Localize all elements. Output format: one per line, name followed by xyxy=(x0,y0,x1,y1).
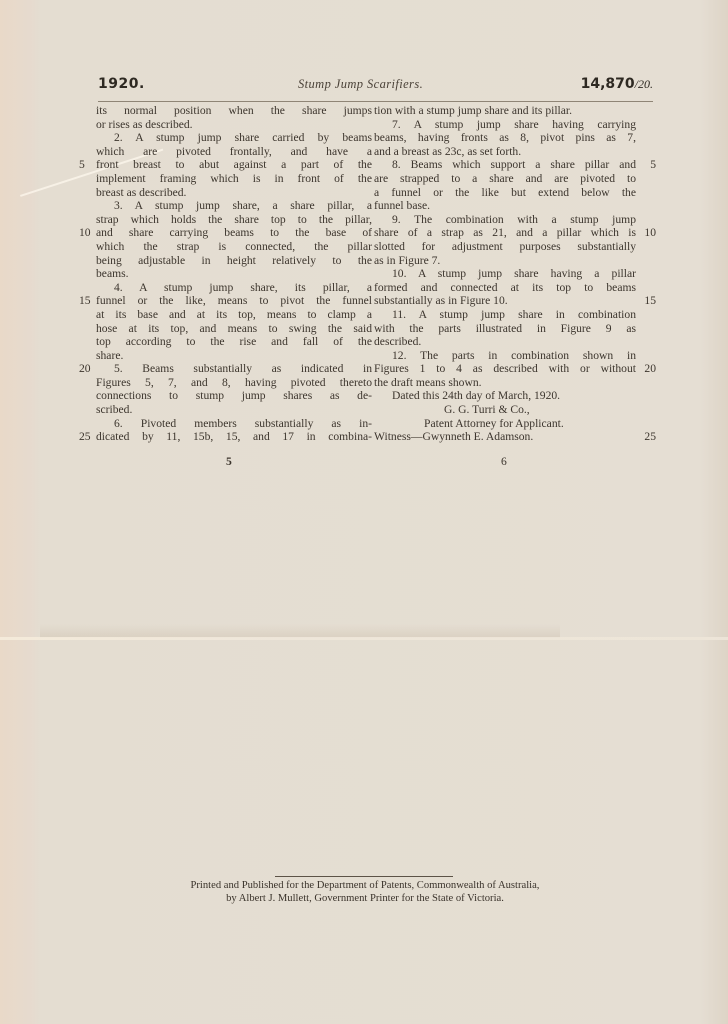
text-line: breast as described. xyxy=(96,186,372,200)
text-line: Dated this 24th day of March, 1920. xyxy=(374,389,636,403)
text-line: top according to the rise and fall of th… xyxy=(96,335,372,349)
text-line: which are pivoted frontally, and have a xyxy=(96,145,372,159)
text-line: formed and connected at its top to beams xyxy=(374,281,636,295)
text-line: 6. Pivoted members substantially as in- xyxy=(96,417,372,431)
line-text: 3. A stump jump share, a share pillar, a xyxy=(114,199,372,212)
line-text: 2. A stump jump share carried by beams xyxy=(114,131,372,144)
text-line: are strapped to a share and are pivoted … xyxy=(374,172,636,186)
line-text: being adjustable in height relatively to… xyxy=(96,254,372,267)
text-line: strap which holds the share top to the p… xyxy=(96,213,372,227)
text-line: Figures 5, 7, and 8, having pivoted ther… xyxy=(96,376,372,390)
line-text: 9. The combination with a stump jump xyxy=(392,213,636,226)
imprint-line-1: Printed and Published for the Department… xyxy=(120,880,610,893)
line-text: dicated by 11, 15b, 15, and 17 in combin… xyxy=(96,430,372,443)
page-number-right: 6 xyxy=(501,455,507,468)
text-line: described. xyxy=(374,335,636,349)
line-text: Figures 1 to 4 as described with or with… xyxy=(374,362,636,375)
line-text: connections to stump jump shares as de- xyxy=(96,389,372,402)
line-text: with the parts illustrated in Figure 9 a… xyxy=(374,322,636,335)
patent-number-main: 14,870 xyxy=(581,76,635,92)
line-text: hose at its top, and means to swing the … xyxy=(96,322,372,335)
text-line: 4. A stump jump share, its pillar, a xyxy=(96,281,372,295)
line-text: share of a strap as 21, and a pillar whi… xyxy=(374,226,636,239)
text-line: funnel or the like, means to pivot the f… xyxy=(96,294,372,308)
text-line: and share carrying beams to the base of1… xyxy=(96,226,372,240)
header-year: 1920. xyxy=(98,76,145,92)
text-line: Patent Attorney for Applicant. xyxy=(374,417,636,431)
text-line: slotted for adjustment purposes substant… xyxy=(374,240,636,254)
right-column: tion with a stump jump share and its pil… xyxy=(374,104,636,444)
line-text: scribed. xyxy=(96,403,132,416)
text-line: 11. A stump jump share in combination xyxy=(374,308,636,322)
line-number: 15 xyxy=(79,294,91,308)
text-line: hose at its top, and means to swing the … xyxy=(96,322,372,336)
line-text: 6. Pivoted members substantially as in- xyxy=(114,417,372,430)
line-text: tion with a stump jump share and its pil… xyxy=(374,104,572,117)
line-text: funnel base. xyxy=(374,199,430,212)
text-line: share. xyxy=(96,349,372,363)
text-line: share of a strap as 21, and a pillar whi… xyxy=(374,226,636,240)
text-line: substantially as in Figure 10.15 xyxy=(374,294,636,308)
line-text: Dated this 24th day of March, 1920. xyxy=(392,389,560,402)
imprint-line-2: by Albert J. Mullett, Government Printer… xyxy=(120,893,610,906)
line-text: Witness—Gwynneth E. Adamson. xyxy=(374,430,533,443)
line-number: 10 xyxy=(79,226,91,240)
line-text: 10. A stump jump share having a pillar xyxy=(392,267,636,280)
line-text: funnel or the like, means to pivot the f… xyxy=(96,294,372,307)
patent-number: 14,870/20. xyxy=(581,76,653,93)
line-text: slotted for adjustment purposes substant… xyxy=(374,240,636,253)
text-line: 10. A stump jump share having a pillar xyxy=(374,267,636,281)
text-line: Figures 1 to 4 as described with or with… xyxy=(374,362,636,376)
text-line: implement framing which is in front of t… xyxy=(96,172,372,186)
text-line: at its base and at its top, means to cla… xyxy=(96,308,372,322)
line-text: the draft means shown. xyxy=(374,376,482,389)
patent-number-suffix: /20. xyxy=(635,77,653,91)
line-text: which are pivoted frontally, and have a xyxy=(96,145,372,158)
text-line: its normal position when the share jumps xyxy=(96,104,372,118)
line-text: formed and connected at its top to beams xyxy=(374,281,636,294)
text-line: beams, having fronts as 8, pivot pins as… xyxy=(374,131,636,145)
text-line: 8. Beams which support a share pillar an… xyxy=(374,158,636,172)
text-line: 9. The combination with a stump jump xyxy=(374,213,636,227)
text-line: with the parts illustrated in Figure 9 a… xyxy=(374,322,636,336)
line-text: implement framing which is in front of t… xyxy=(96,172,372,185)
footer-rule xyxy=(275,876,453,877)
line-number: 25 xyxy=(644,430,656,444)
text-line: the draft means shown. xyxy=(374,376,636,390)
text-line: and a breast as 23c, as set forth. xyxy=(374,145,636,159)
text-line: beams. xyxy=(96,267,372,281)
text-line: funnel base. xyxy=(374,199,636,213)
text-line: or rises as described. xyxy=(96,118,372,132)
line-number: 15 xyxy=(644,294,656,308)
page-header: 1920. Stump Jump Scarifiers. 14,870/20. xyxy=(98,76,653,98)
text-line: 5. Beams substantially as indicated in20 xyxy=(96,362,372,376)
line-text: as in Figure 7. xyxy=(374,254,440,267)
text-line: a funnel or the like but extend below th… xyxy=(374,186,636,200)
text-line: scribed. xyxy=(96,403,372,417)
document-page: 1920. Stump Jump Scarifiers. 14,870/20. … xyxy=(0,0,728,1024)
line-text: 8. Beams which support a share pillar an… xyxy=(392,158,636,171)
header-title: Stump Jump Scarifiers. xyxy=(298,77,423,92)
line-text: beams. xyxy=(96,267,129,280)
line-text: Figures 5, 7, and 8, having pivoted ther… xyxy=(96,376,372,389)
line-text: 4. A stump jump share, its pillar, a xyxy=(114,281,372,294)
paper-fold-line xyxy=(0,637,728,640)
text-line: 7. A stump jump share having carrying xyxy=(374,118,636,132)
line-text: a funnel or the like but extend below th… xyxy=(374,186,636,199)
line-text: or rises as described. xyxy=(96,118,193,131)
line-number: 25 xyxy=(79,430,91,444)
line-text: beams, having fronts as 8, pivot pins as… xyxy=(374,131,636,144)
line-text: 7. A stump jump share having carrying xyxy=(392,118,636,131)
text-line: G. G. Turri & Co., xyxy=(374,403,636,417)
line-text: 5. Beams substantially as indicated in xyxy=(114,362,372,375)
text-line: tion with a stump jump share and its pil… xyxy=(374,104,636,118)
line-number: 20 xyxy=(79,362,91,376)
text-line: 2. A stump jump share carried by beams xyxy=(96,131,372,145)
header-rule xyxy=(98,101,653,102)
line-number: 5 xyxy=(79,158,85,172)
line-number: 5 xyxy=(650,158,656,172)
page-number-left: 5 xyxy=(226,455,232,468)
text-line: which the strap is connected, the pillar xyxy=(96,240,372,254)
text-line: connections to stump jump shares as de- xyxy=(96,389,372,403)
line-text: at its base and at its top, means to cla… xyxy=(96,308,372,321)
text-line: 12. The parts in combination shown in xyxy=(374,349,636,363)
text-line: as in Figure 7. xyxy=(374,254,636,268)
text-line: being adjustable in height relatively to… xyxy=(96,254,372,268)
line-text: share. xyxy=(96,349,123,362)
line-text: which the strap is connected, the pillar xyxy=(96,240,372,253)
line-text: breast as described. xyxy=(96,186,186,199)
line-text: and a breast as 23c, as set forth. xyxy=(374,145,521,158)
line-number: 20 xyxy=(644,362,656,376)
paper-fold-shadow xyxy=(40,624,560,638)
line-text: 11. A stump jump share in combination xyxy=(392,308,636,321)
line-text: substantially as in Figure 10. xyxy=(374,294,508,307)
line-text: and share carrying beams to the base of xyxy=(96,226,372,239)
line-text: 12. The parts in combination shown in xyxy=(392,349,636,362)
line-text: described. xyxy=(374,335,421,348)
line-text: front breast to abut against a part of t… xyxy=(96,158,372,171)
line-text: top according to the rise and fall of th… xyxy=(96,335,372,348)
line-text: its normal position when the share jumps xyxy=(96,104,372,117)
text-line: Witness—Gwynneth E. Adamson.25 xyxy=(374,430,636,444)
line-text: are strapped to a share and are pivoted … xyxy=(374,172,636,185)
text-line: front breast to abut against a part of t… xyxy=(96,158,372,172)
line-text: strap which holds the share top to the p… xyxy=(96,213,372,226)
printer-imprint: Printed and Published for the Department… xyxy=(120,880,610,905)
line-text: Patent Attorney for Applicant. xyxy=(424,417,564,430)
left-column: its normal position when the share jumps… xyxy=(96,104,372,444)
line-number: 10 xyxy=(644,226,656,240)
text-line: dicated by 11, 15b, 15, and 17 in combin… xyxy=(96,430,372,444)
text-line: 3. A stump jump share, a share pillar, a xyxy=(96,199,372,213)
line-text: G. G. Turri & Co., xyxy=(444,403,530,416)
